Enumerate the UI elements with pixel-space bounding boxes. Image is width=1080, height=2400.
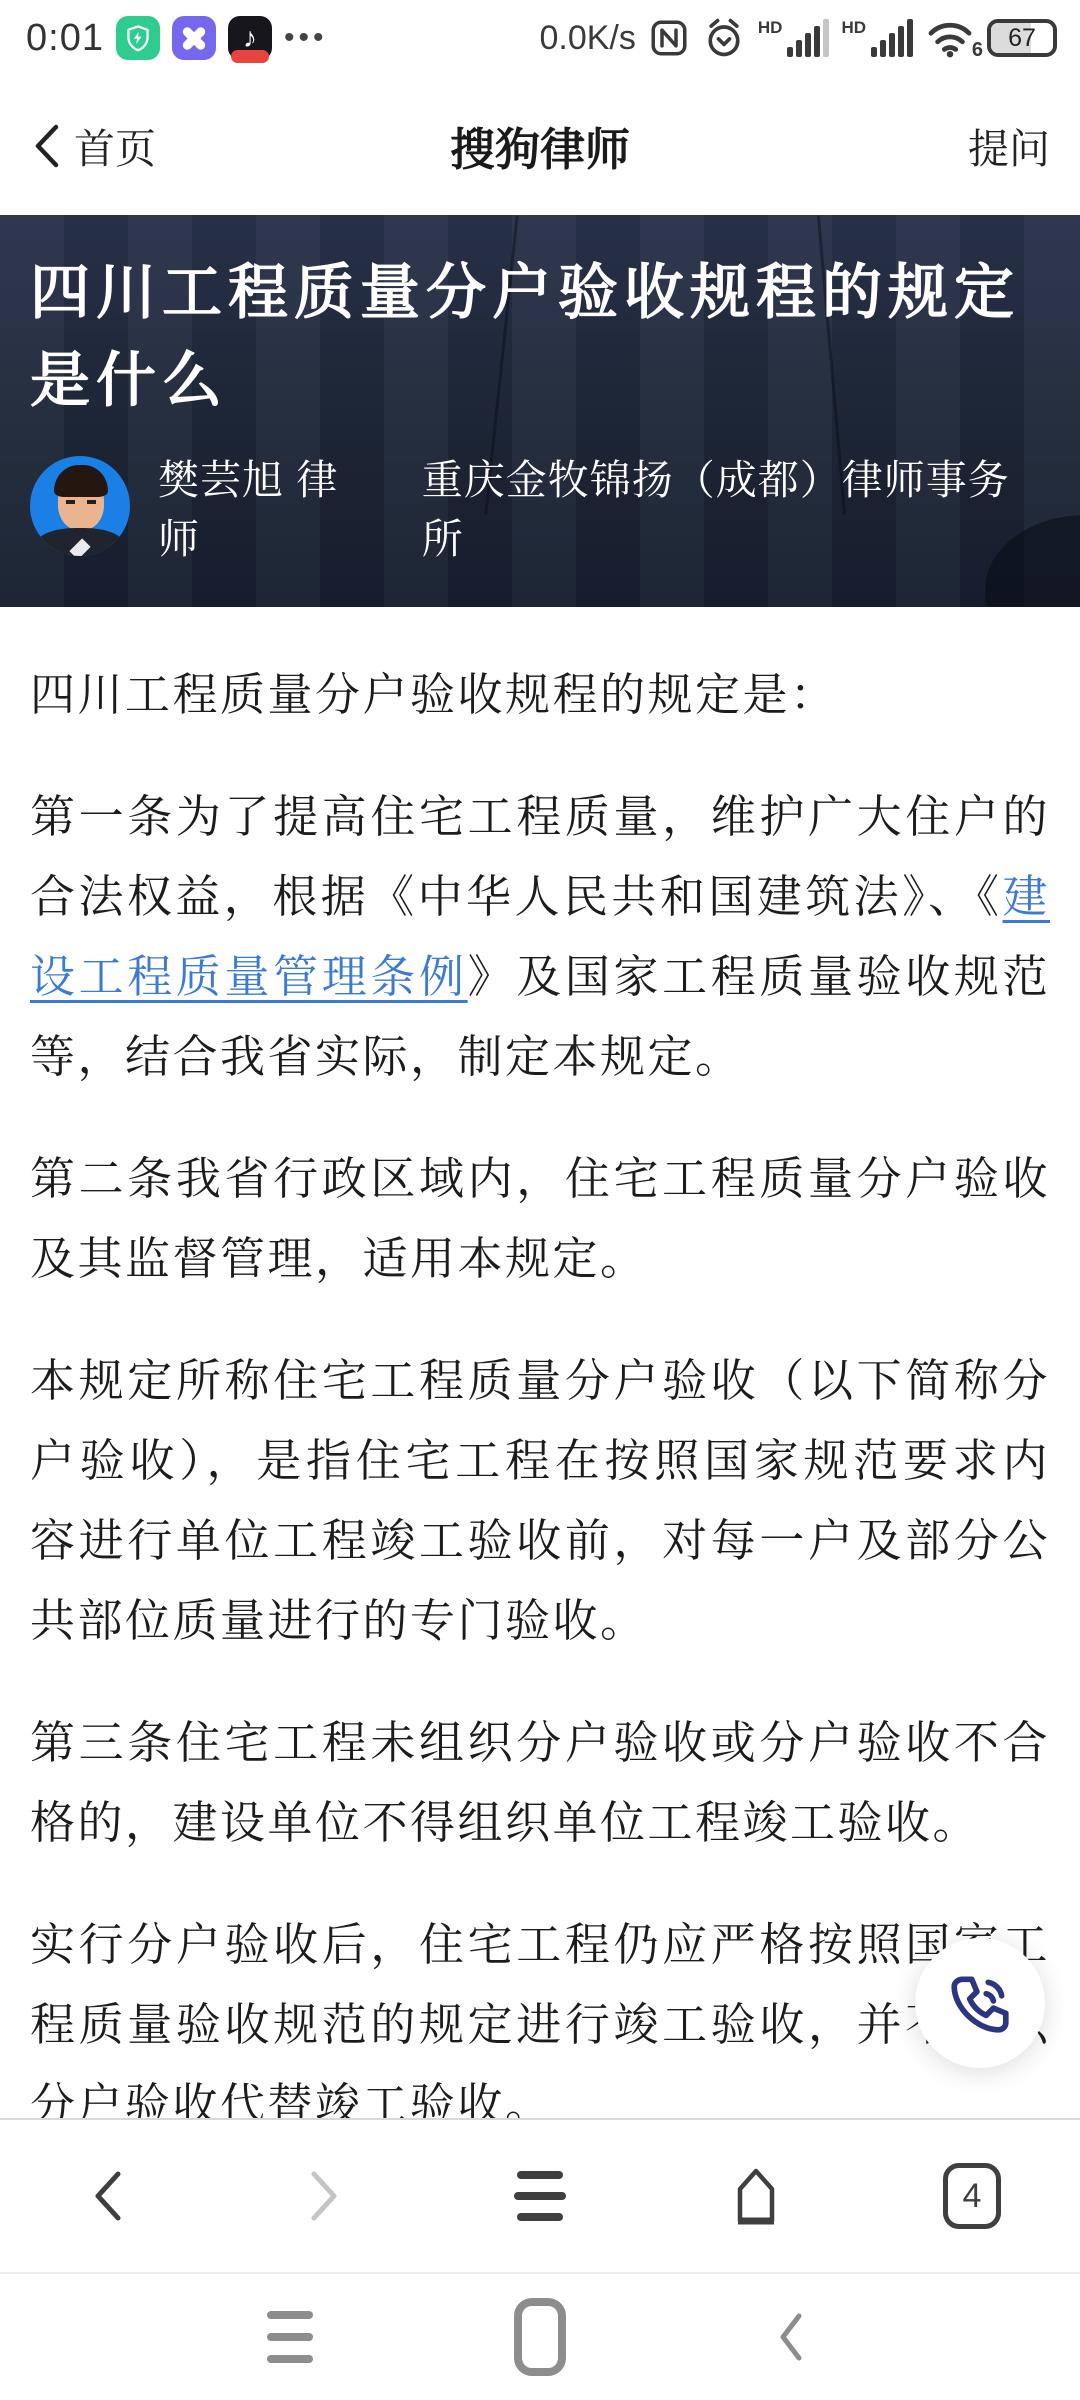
article-hero: 四川工程质量分户验收规程的规定是什么 樊芸旭 律师 重庆金牧锦扬（成都）律师事务… [0,215,1080,607]
phone-screen: 0:01 ♪ ••• 0.0K/s [0,0,1080,2400]
home-pill-icon [514,2298,566,2376]
wifi-icon: 6 [925,18,975,58]
article-paragraph: 四川工程质量分户验收规程的规定是： [30,655,1050,735]
clock-time: 0:01 [26,17,104,60]
back-button-label: 首页 [74,116,156,175]
menu-icon [514,2171,566,2221]
hd-voice-label: HD [841,19,866,36]
lawyer-info-row[interactable]: 樊芸旭 律师 重庆金牧锦扬（成都）律师事务所 [30,447,1050,565]
system-back-button[interactable] [760,2292,820,2382]
home-icon [730,2165,782,2227]
page-title: 搜狗律师 [0,113,1080,178]
home-button[interactable] [510,2292,570,2382]
tab-count: 4 [963,2177,982,2216]
article-body: 四川工程质量分户验收规程的规定是： 第一条为了提高住宅工程质量，维护广大住户的合… [0,607,1080,2118]
sim1-signal-icon: HD [758,19,830,57]
more-notifications-icon: ••• [284,21,328,55]
phone-call-icon [947,1970,1013,2036]
article-paragraph: 第一条为了提高住宅工程质量，维护广大住户的合法权益，根据《中华人民共和国建筑法》… [30,777,1050,1097]
system-nav-bar [0,2272,1080,2400]
article-paragraph: 第二条我省行政区域内，住宅工程质量分户验收及其监督管理，适用本规定。 [30,1139,1050,1299]
lawyer-name: 樊芸旭 律师 [158,447,380,565]
recents-icon [267,2311,313,2363]
network-speed: 0.0K/s [539,19,635,58]
chevron-left-icon [30,121,64,171]
hd-voice-label: HD [758,19,783,36]
notes-app-icon [172,16,216,60]
question-title: 四川工程质量分户验收规程的规定是什么 [30,249,1050,425]
status-bar: 0:01 ♪ ••• 0.0K/s [0,0,1080,76]
article-paragraph: 实行分户验收后，住宅工程仍应严格按照国家工程质量验收规范的规定进行竣工验收，并不… [30,1905,1050,2118]
recent-apps-button[interactable] [260,2292,320,2382]
sim2-signal-icon: HD [841,19,913,57]
douyin-app-icon: ♪ [228,16,272,60]
browser-forward-button[interactable] [264,2136,384,2256]
article-paragraph: 本规定所称住宅工程质量分户验收（以下简称分户验收），是指住宅工程在按照国家规范要… [30,1341,1050,1661]
tabs-icon: 4 [943,2163,1001,2229]
call-lawyer-button[interactable] [915,1938,1045,2068]
lawyer-avatar[interactable] [30,456,130,556]
law-firm-name: 重庆金牧锦扬（成都）律师事务所 [422,447,1050,565]
article-paragraph: 第三条住宅工程未组织分户验收或分户验收不合格的，建设单位不得组织单位工程竣工验收… [30,1703,1050,1863]
nfc-icon [648,17,690,59]
browser-tabs-button[interactable]: 4 [912,2136,1032,2256]
battery-icon: 67 [987,19,1054,57]
app-nav-bar: 首页 搜狗律师 提问 [0,76,1080,215]
shield-bolt-icon [123,23,153,53]
alarm-clock-icon [702,16,746,60]
battery-percent: 67 [1008,24,1036,53]
browser-home-button[interactable] [696,2136,816,2256]
wifi6-label: 6 [972,39,983,62]
music-note-icon: ♪ [243,24,257,52]
chevron-left-icon [773,2306,807,2368]
back-button[interactable]: 首页 [30,116,156,175]
browser-toolbar: 4 [0,2118,1080,2272]
browser-back-button[interactable] [48,2136,168,2256]
security-app-icon [116,16,160,60]
chevron-left-icon [88,2167,128,2225]
douyin-badge [231,50,269,63]
browser-menu-button[interactable] [480,2136,600,2256]
chevron-right-icon [304,2167,344,2225]
ask-question-button[interactable]: 提问 [968,116,1050,175]
